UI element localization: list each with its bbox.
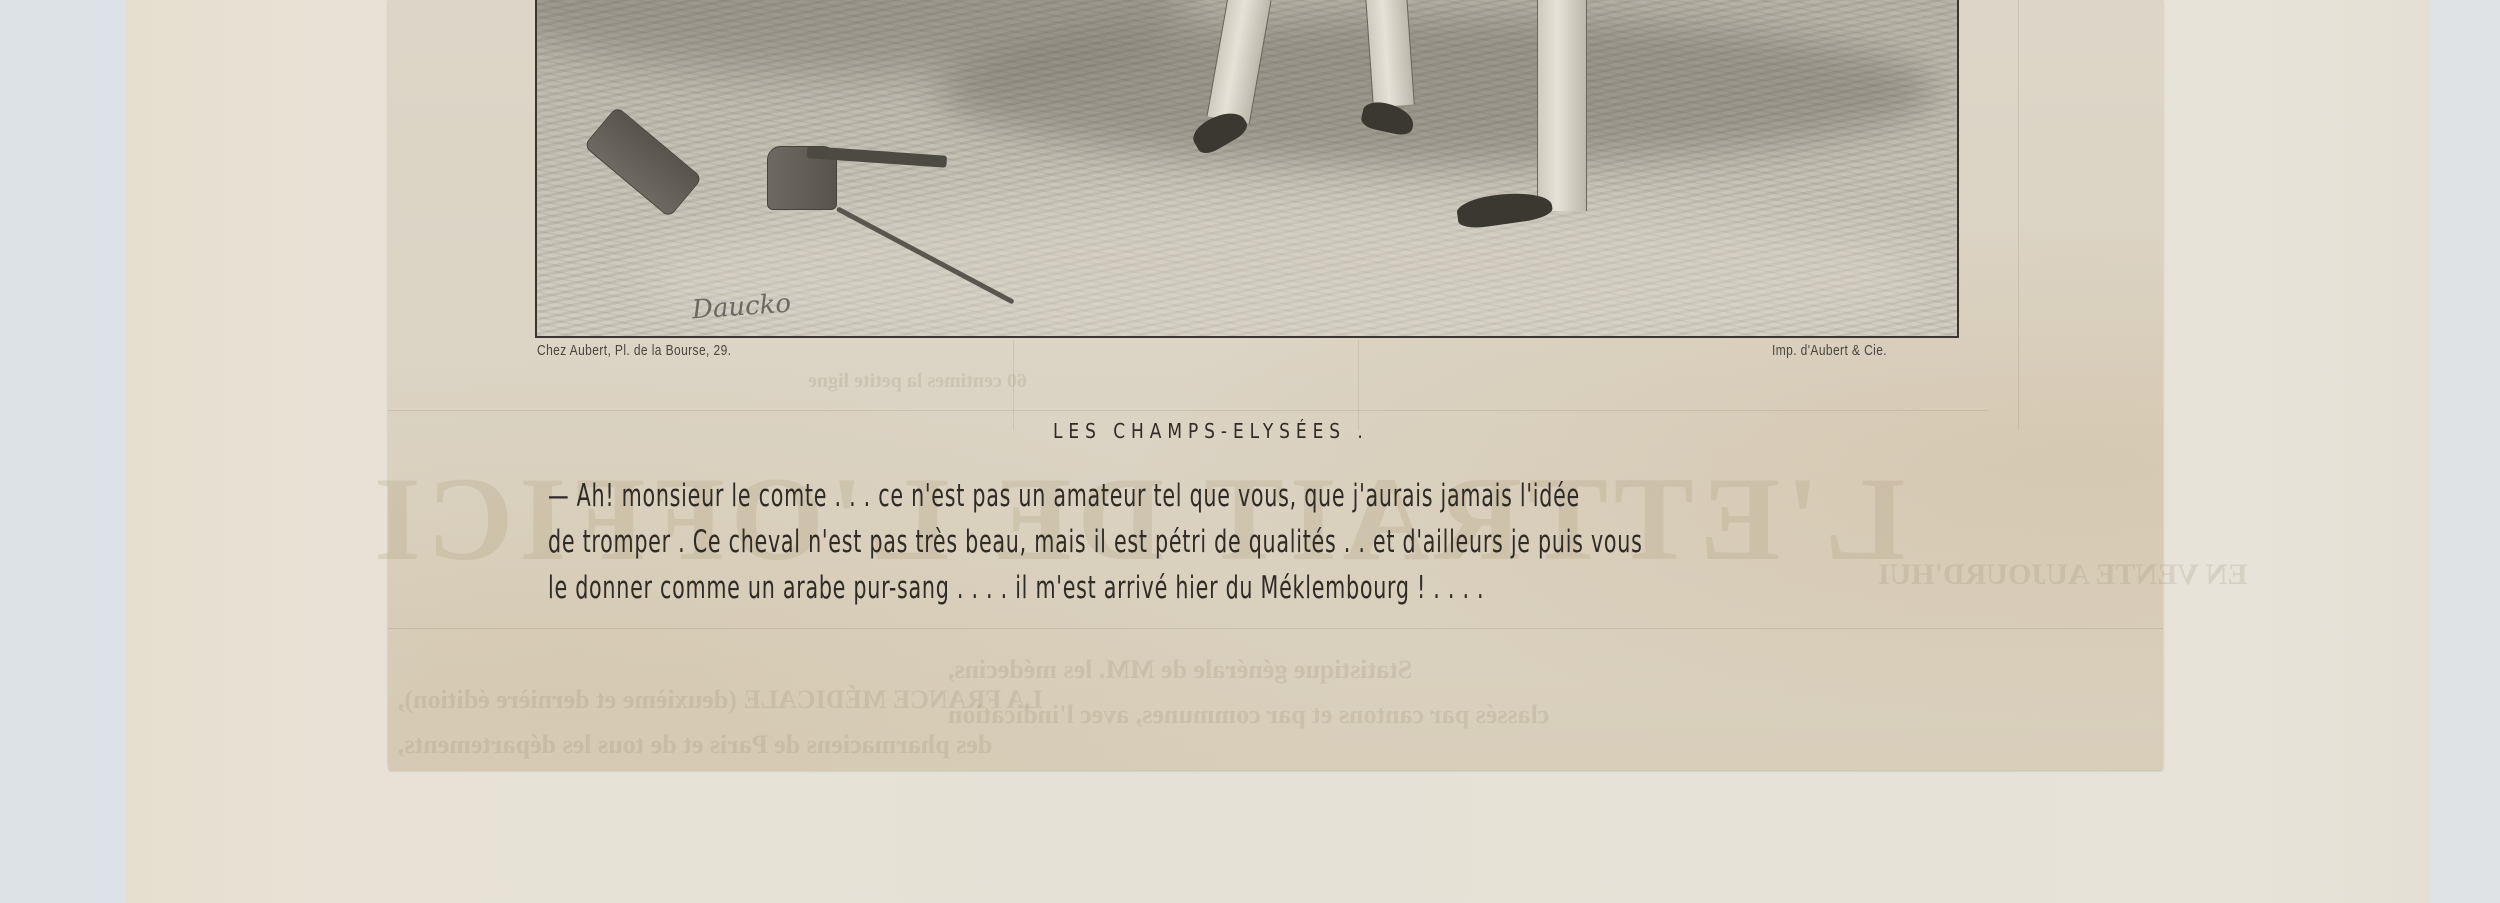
- publisher-credit: Chez Aubert, Pl. de la Bourse, 29.: [537, 342, 731, 359]
- show-through-body-1: Statistique générale de MM. les médecins…: [948, 655, 1412, 685]
- figure-leg: [1365, 0, 1415, 107]
- show-through-column-rule: [2018, 0, 2019, 430]
- caption-line-1: — Ah! monsieur le comte . . . ce n'est p…: [548, 478, 1580, 514]
- show-through-body-3: classés par cantons et par communes, ave…: [948, 700, 1549, 730]
- caption-line-3: le donner comme un arabe pur-sang . . . …: [548, 570, 1484, 606]
- show-through-headline: L'ETTRAIT DE L'OFFICI: [368, 450, 1905, 588]
- printer-credit: Imp. d'Aubert & Cie.: [1772, 342, 1887, 359]
- show-through-rule: [388, 410, 1988, 411]
- show-through-subhead: EN VENTE AUJOURD'HUI: [1878, 558, 2248, 592]
- top-hat-drawing: [583, 106, 702, 218]
- illustration-frame: Daucko: [535, 0, 1959, 338]
- show-through-body-4: des pharmaciens de Paris et de tous les …: [398, 730, 992, 760]
- caption-line-2: de tromper . Ce cheval n'est pas très be…: [548, 524, 1643, 560]
- show-through-rule: [388, 628, 2163, 629]
- show-through-column: 60 centimes la petite ligne: [808, 370, 1027, 393]
- ground-light: [637, 196, 1937, 338]
- show-through-column-rule: [1358, 340, 1359, 430]
- figure-leg: [1537, 0, 1587, 211]
- show-through-body-2: LA FRANCE MÉDICALE (deuxième et dernière…: [398, 685, 1042, 715]
- wall-background-right: [2430, 0, 2500, 903]
- show-through-column-rule: [1013, 340, 1014, 430]
- print-title: LES CHAMPS-ELYSÉES .: [1053, 419, 1369, 443]
